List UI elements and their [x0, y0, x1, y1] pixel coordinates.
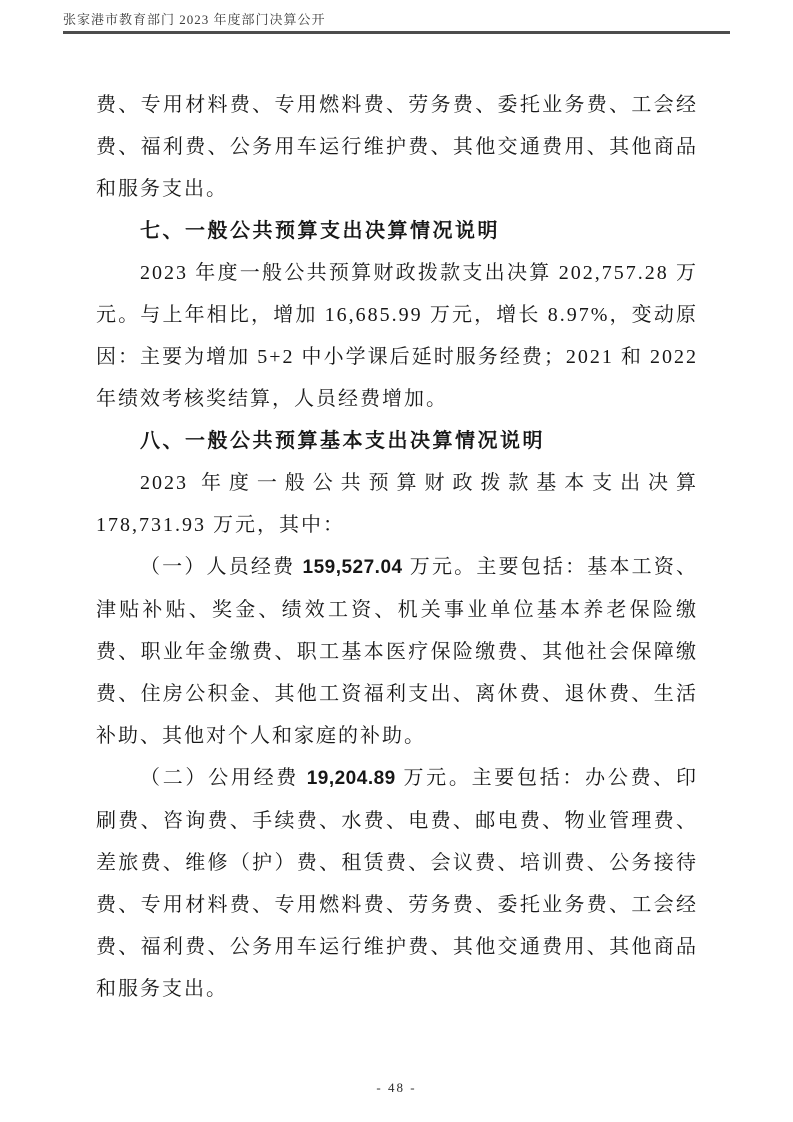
personnel-funds-prefix: （一）人员经费: [140, 556, 303, 578]
paragraph-personnel-funds: （一）人员经费 159,527.04 万元。主要包括：基本工资、津贴补贴、奖金、…: [96, 546, 698, 757]
page-footer: - 48 -: [0, 1080, 793, 1096]
section-heading-7: 七、一般公共预算支出决算情况说明: [96, 210, 698, 252]
page-header: 张家港市教育部门 2023 年度部门决算公开: [63, 11, 730, 34]
paragraph-section-7: 2023 年度一般公共预算财政拨款支出决算 202,757.28 万元。与上年相…: [96, 252, 698, 420]
paragraph-section-8: 2023 年度一般公共预算财政拨款基本支出决算 178,731.93 万元，其中…: [96, 462, 698, 546]
public-funds-suffix: 万元。主要包括：办公费、印刷费、咨询费、手续费、水费、电费、邮电费、物业管理费、…: [96, 767, 698, 1000]
personnel-funds-amount: 159,527.04: [303, 557, 403, 578]
public-funds-amount: 19,204.89: [307, 768, 396, 789]
document-page: 张家港市教育部门 2023 年度部门决算公开 费、专用材料费、专用燃料费、劳务费…: [0, 0, 793, 1122]
public-funds-prefix: （二）公用经费: [140, 767, 307, 789]
paragraph-continuation: 费、专用材料费、专用燃料费、劳务费、委托业务费、工会经费、福利费、公务用车运行维…: [96, 84, 698, 210]
document-body: 费、专用材料费、专用燃料费、劳务费、委托业务费、工会经费、福利费、公务用车运行维…: [96, 84, 698, 1010]
section-heading-8: 八、一般公共预算基本支出决算情况说明: [96, 420, 698, 462]
paragraph-public-funds: （二）公用经费 19,204.89 万元。主要包括：办公费、印刷费、咨询费、手续…: [96, 757, 698, 1010]
personnel-funds-suffix: 万元。主要包括：基本工资、津贴补贴、奖金、绩效工资、机关事业单位基本养老保险缴费…: [96, 556, 698, 747]
page-number: - 48 -: [376, 1080, 416, 1095]
header-title: 张家港市教育部门 2023 年度部门决算公开: [63, 11, 730, 28]
